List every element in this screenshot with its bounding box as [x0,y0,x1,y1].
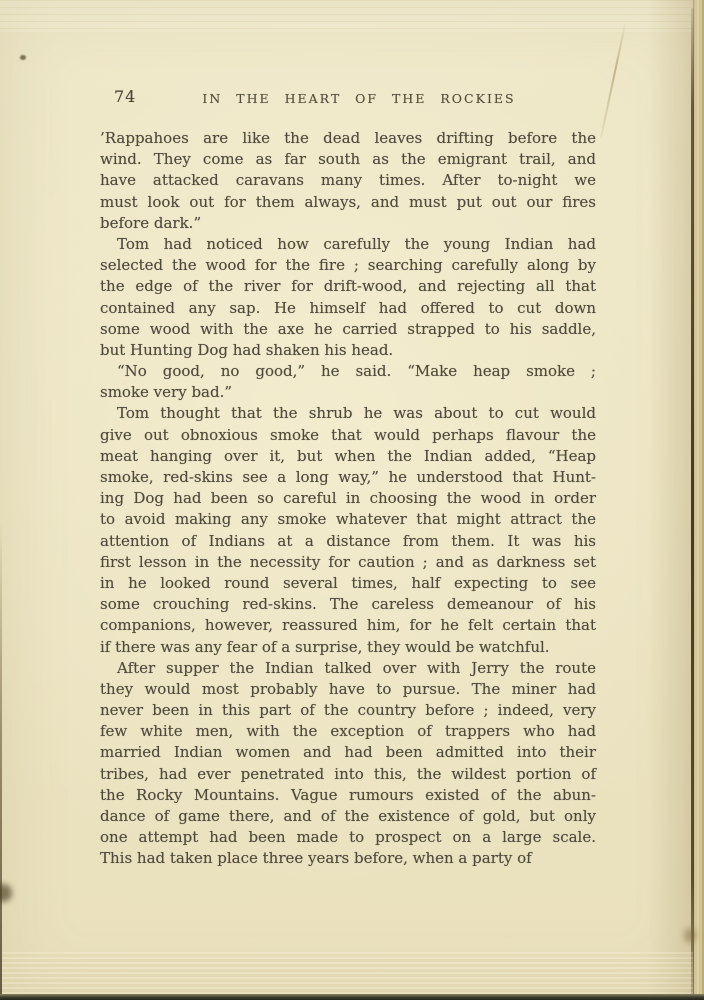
text-line: dance of game there, and of the existenc… [100,806,596,827]
text-line: the edge of the river for drift-wood, an… [100,276,596,297]
text-line: they would most probably have to pursue.… [100,679,596,700]
page-edge-line [691,8,694,995]
text-line: few white men, with the exception of tra… [100,721,596,742]
text-line: attention of Indians at a distance from … [100,531,596,552]
text-line: to avoid making any smoke whatever that … [100,509,596,530]
paper-bottom-band [0,952,693,994]
ink-smudge [0,884,12,902]
text-line: companions, however, reassured him, for … [100,615,596,636]
text-line: married Indian women and had been admitt… [100,742,596,763]
text-line: contained any sap. He himself had offere… [100,298,596,319]
paper-crease [600,23,626,139]
text-line: Tom thought that the shrub he was about … [100,403,596,424]
paper-right-shading [647,0,693,1000]
book-fore-edge [693,0,704,1000]
text-line: before dark.” [100,213,596,234]
text-line: “No good, no good,” he said. “Make heap … [100,361,596,382]
paper-speck [20,55,26,60]
text-line: give out obnoxious smoke that would perh… [100,425,596,446]
page-body: ’Rappahoes are like the dead leaves drif… [100,128,596,870]
ink-smudge [684,928,696,943]
text-line: wind. They come as far south as the emig… [100,149,596,170]
text-line: have attacked caravans many times. After… [100,170,596,191]
text-line: After supper the Indian talked over with… [100,658,596,679]
scan-left-edge [0,520,2,994]
text-line: meat hanging over it, but when the India… [100,446,596,467]
book-page-scan: 74 IN THE HEART OF THE ROCKIES ’Rappahoe… [0,0,704,1000]
text-line: smoke very bad.” [100,382,596,403]
text-line: ’Rappahoes are like the dead leaves drif… [100,128,596,149]
text-line: some wood with the axe he carried strapp… [100,319,596,340]
paper-top-edge [0,0,692,32]
text-line: ing Dog had been so careful in choosing … [100,488,596,509]
text-line: but Hunting Dog had shaken his head. [100,340,596,361]
text-line: first lesson in the necessity for cautio… [100,552,596,573]
text-line: in he looked round several times, half e… [100,573,596,594]
text-line: must look out for them always, and must … [100,192,596,213]
text-line: one attempt had been made to prospect on… [100,827,596,848]
text-line: never been in this part of the country b… [100,700,596,721]
text-line: This had taken place three years before,… [100,848,596,869]
scan-bottom-edge [0,994,704,1000]
text-line: some crouching red-skins. The careless d… [100,594,596,615]
text-line: tribes, had ever penetrated into this, t… [100,764,596,785]
text-line: selected the wood for the fire ; searchi… [100,255,596,276]
text-line: smoke, red-skins see a long way,” he und… [100,467,596,488]
running-title: IN THE HEART OF THE ROCKIES [7,91,704,106]
text-line: if there was any fear of a surprise, the… [100,637,596,658]
text-line: Tom had noticed how carefully the young … [100,234,596,255]
text-line: the Rocky Mountains. Vague rumours exist… [100,785,596,806]
